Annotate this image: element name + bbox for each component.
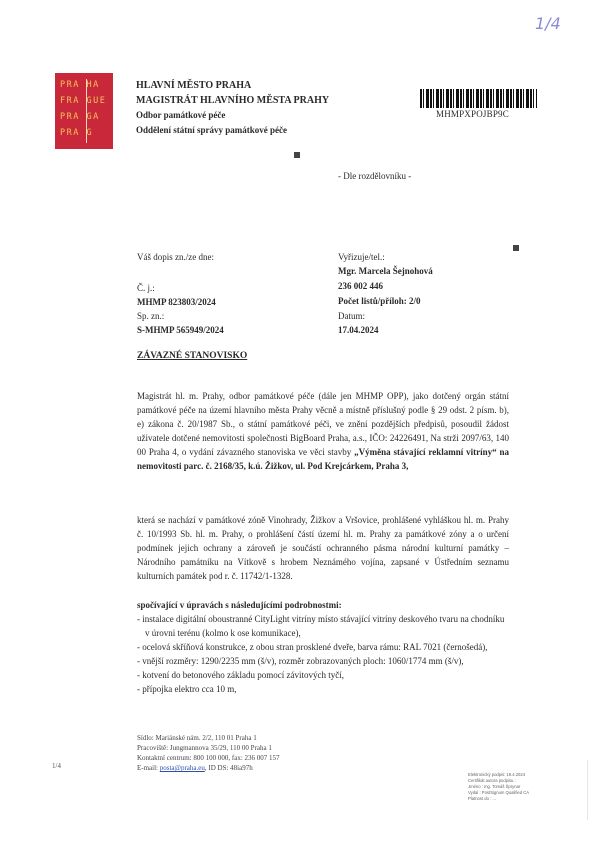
footer-office: Pracoviště: Jungmannova 35/29, 110 00 Pr…	[137, 743, 280, 753]
letterhead: HLAVNÍ MĚSTO PRAHA MAGISTRÁT HLAVNÍHO MĚ…	[136, 78, 329, 138]
date-value: 17.04.2024	[338, 323, 379, 337]
handwritten-page-number: 1/4	[535, 14, 561, 33]
logo-row: PRA GA	[60, 112, 100, 122]
spzn-value: S-MHMP 565949/2024	[137, 323, 224, 337]
handler-label: Vyřizuje/tel.:	[338, 250, 385, 264]
handler-phone: 236 002 446	[338, 279, 383, 293]
footer: Sídlo: Mariánské nám. 2/2, 110 01 Praha …	[137, 733, 280, 773]
footer-contact: Kontaktní centrum: 800 100 000, fax: 236…	[137, 753, 280, 763]
praha-logo: PRA HA FRA GUE PRA GA PRA G	[55, 73, 113, 149]
scan-edge	[587, 760, 588, 820]
logo-row: FRA GUE	[60, 96, 106, 106]
city-name: HLAVNÍ MĚSTO PRAHA	[136, 78, 329, 93]
magistrate-name: MAGISTRÁT HLAVNÍHO MĚSTA PRAHY	[136, 93, 329, 108]
barcode-id: MHMPXPOJBP9C	[436, 109, 509, 119]
recipient: - Dle rozdělovníku -	[338, 169, 411, 183]
barcode	[420, 89, 537, 108]
paragraph-intro: Magistrát hl. m. Prahy, odbor památkové …	[137, 389, 509, 473]
list-item: - vnější rozměry: 1290/2235 mm (š/v), ro…	[137, 654, 509, 668]
paragraph-location: která se nachází v památkové zóně Vinohr…	[137, 513, 509, 583]
reference-label: Váš dopis zn./ze dne:	[137, 250, 214, 264]
email-link[interactable]: posta@praha.eu	[160, 764, 205, 772]
division-name: Oddělení státní správy památkové péče	[136, 123, 329, 138]
list-item: - kotvení do betonového základu pomocí z…	[137, 668, 509, 682]
logo-row: PRA G	[60, 128, 93, 138]
handler-name: Mgr. Marcela Šejnohová	[338, 264, 433, 278]
list-item: - přípojka elektro cca 10 m,	[137, 682, 509, 696]
list-intro: spočívající v úpravách s následujícími p…	[137, 598, 509, 612]
list-item: - instalace digitální oboustranné CityLi…	[137, 612, 509, 640]
electronic-signature-block: Elektronický podpis: 19.4.2024 Certifiká…	[468, 772, 529, 802]
spzn-label: Sp. zn.:	[137, 309, 164, 323]
pages-count: Počet listů/příloh: 2/0	[338, 294, 421, 308]
cj-value: MHMP 823803/2024	[137, 295, 216, 309]
date-label: Datum:	[338, 309, 365, 323]
scan-mark	[513, 245, 519, 251]
cj-label: Č. j.:	[137, 281, 155, 295]
footer-email-line: E-mail: posta@praha.eu, ID DS: 48ia97h	[137, 763, 280, 773]
page-number: 1/4	[52, 762, 61, 770]
signature-line: Platnost do : ...	[468, 796, 529, 802]
department-name: Odbor památkové péče	[136, 108, 329, 123]
list-item: - ocelová skříňová konstrukce, z obou st…	[137, 640, 509, 654]
logo-row: PRA HA	[60, 80, 100, 90]
scan-mark	[294, 152, 300, 158]
document-title: ZÁVAZNÉ STANOVISKO	[137, 351, 247, 361]
footer-seat: Sídlo: Mariánské nám. 2/2, 110 01 Praha …	[137, 733, 280, 743]
footer-ds: , ID DS: 48ia97h	[205, 764, 253, 772]
details-list: spočívající v úpravách s následujícími p…	[137, 598, 509, 696]
footer-email-label: E-mail:	[137, 764, 160, 772]
